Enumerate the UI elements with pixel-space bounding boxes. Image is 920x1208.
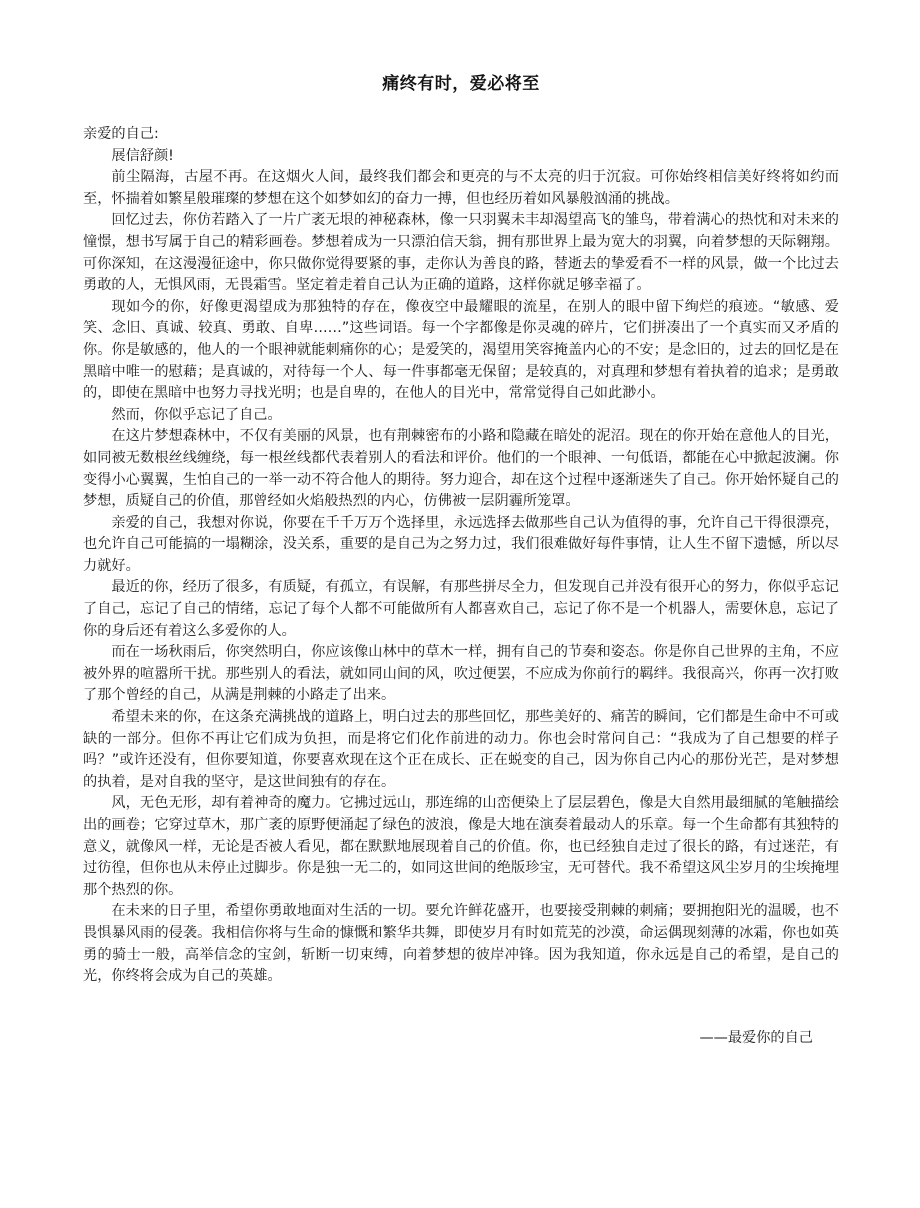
paragraph: 亲爱的自己，我想对你说，你要在千千万万个选择里，永远选择去做那些自己认为值得的事… [83,513,839,578]
paragraph: 最近的你，经历了很多，有质疑，有孤立，有误解，有那些拼尽全力，但发现自己并没有很… [83,577,839,642]
signoff: ——最爱你的自己 [83,1028,813,1050]
paragraph: 风，无色无形，却有着神奇的魔力。它拂过远山，那连绵的山峦便染上了层层碧色，像是大… [83,793,839,901]
greeting: 展信舒颜! [83,146,839,168]
paragraph: 在未来的日子里，希望你勇敢地面对生活的一切。要允许鲜花盛开，也要接受荆棘的刺痛；… [83,901,839,987]
paragraph: 现如今的你，好像更渴望成为那独特的存在，像夜空中最耀眼的流星，在别人的眼中留下绚… [83,297,839,405]
paragraph: 而在一场秋雨后，你突然明白，你应该像山林中的草木一样，拥有自己的节奏和姿态。你是… [83,642,839,707]
paragraph: 然而，你似乎忘记了自己。 [83,405,839,427]
letter-title: 痛终有时，爱必将至 [83,70,839,98]
paragraph: 前尘隔海，古屋不再。在这烟火人间，最终我们都会和更亮的与不太亮的归于沉寂。可你始… [83,167,839,210]
letter-page: 痛终有时，爱必将至 亲爱的自己: 展信舒颜! 前尘隔海，古屋不再。在这烟火人间，… [83,70,839,1049]
paragraph: 希望未来的你，在这条充满挑战的道路上，明白过去的那些回忆，那些美好的、痛苦的瞬间… [83,707,839,793]
paragraph: 在这片梦想森林中，不仅有美丽的风景，也有荆棘密布的小路和隐藏在暗处的泥沼。现在的… [83,426,839,512]
paragraph: 回忆过去，你仿若踏入了一片广袤无垠的神秘森林，像一只羽翼未丰却渴望高飞的雏鸟，带… [83,210,839,296]
salutation: 亲爱的自己: [83,124,839,146]
